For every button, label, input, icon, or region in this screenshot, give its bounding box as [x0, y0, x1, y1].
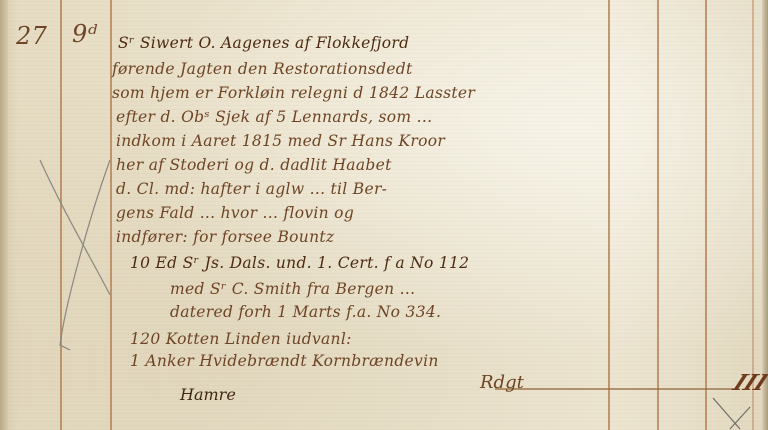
text-line-11: med Sʳ C. Smith fra Bergen ... [170, 280, 415, 298]
text-line-7: d. Cl. md: hafter i aglw ... til Ber- [116, 180, 387, 198]
entry-date: 9ᵈ [72, 20, 97, 48]
column-rule-amount-1 [657, 0, 659, 430]
pencil-cross-mark-icon [35, 155, 115, 355]
text-line-1: Sʳ Siwert O. Aagenes af Flokkefjord [118, 34, 409, 52]
entry-number: 27 [16, 22, 47, 50]
text-line-6: her af Stoderi og d. dadlit Haabet [116, 156, 392, 174]
column-rule-entry-number [60, 0, 62, 430]
binding-edge [0, 0, 8, 430]
column-rule-amount-2 [705, 0, 707, 430]
text-line-13: 120 Kotten Linden iudvanl: [130, 330, 352, 348]
text-line-3: som hjem er Forkløin relegni d 1842 Lass… [112, 84, 475, 102]
text-line-5: indkom i Aaret 1815 med Sr Hans Kroor [116, 132, 445, 150]
total-line [495, 388, 735, 390]
text-line-10: 10 Ed Sʳ Js. Dals. und. 1. Cert. f a No … [130, 254, 469, 272]
column-rule-text-end [608, 0, 610, 430]
text-line-2: førende Jagten den Restorationsdedt [112, 60, 413, 78]
signature-right: Rdgt [480, 372, 524, 393]
text-line-12: datered forh 1 Marts f.a. No 334. [170, 303, 441, 321]
text-line-9: indfører: for forsee Bountz [116, 228, 334, 246]
signature-left: Hamre [180, 385, 236, 404]
page-right-edge [762, 0, 768, 430]
text-line-14: 1 Anker Hvidebrændt Kornbrændevin [130, 352, 439, 370]
text-line-8: gens Fald ... hvor ... flovin og [116, 204, 354, 222]
column-rule-amount-3 [752, 0, 754, 430]
ledger-page: 27 9ᵈ Sʳ Siwert O. Aagenes af Flokkefjor… [0, 0, 768, 430]
text-line-4: efter d. Obˢ Sjek af 5 Lennards, som ... [116, 108, 432, 126]
